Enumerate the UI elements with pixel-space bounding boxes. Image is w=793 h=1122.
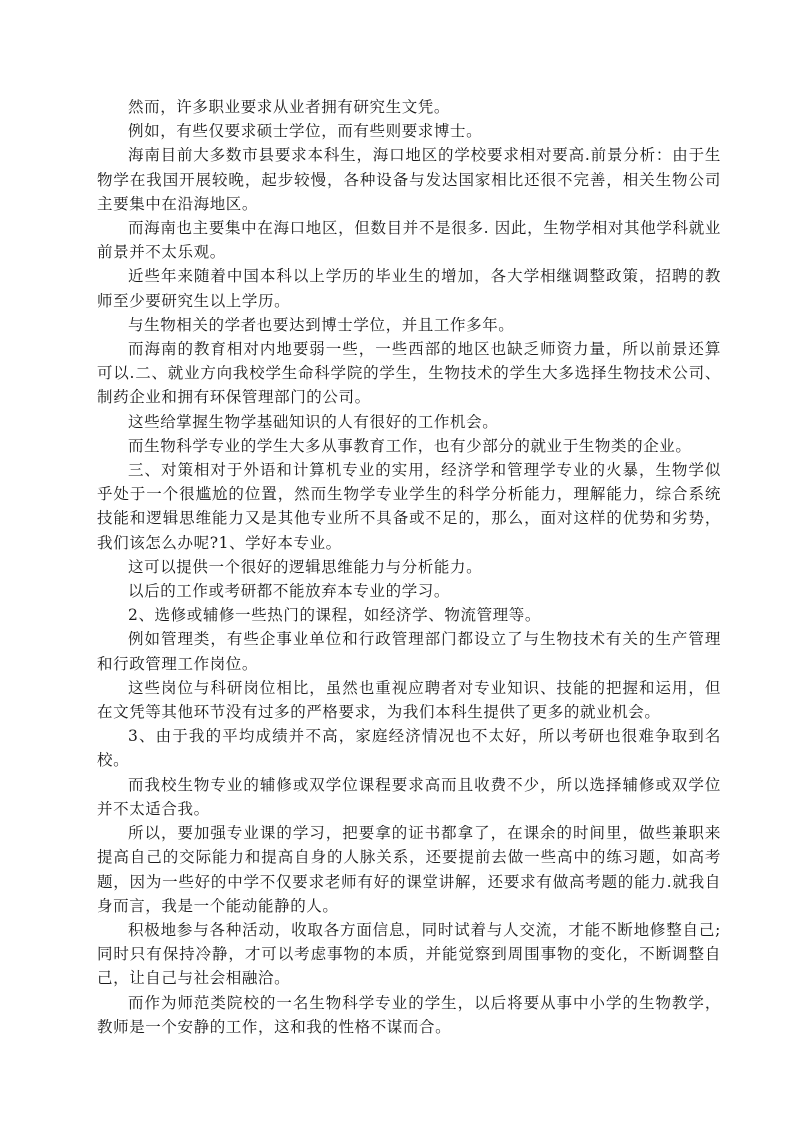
document-page: 然而，许多职业要求从业者拥有研究生文凭。 例如，有些仅要求硕士学位，而有些则要求… [97,95,721,1039]
paragraph: 而海南也主要集中在海口地区，但数目并不是很多. 因此，生物学相对其他学科就业前景… [97,216,721,264]
paragraph: 这些给掌握生物学基础知识的人有很好的工作机会。 [97,410,721,434]
paragraph: 与生物相关的学者也要达到博士学位，并且工作多年。 [97,313,721,337]
paragraph: 积极地参与各种活动，收取各方面信息，同时试着与人交流，才能不断地修整自己;同时只… [97,918,721,991]
paragraph: 而生物科学专业的学生大多从事教育工作，也有少部分的就业于生物类的企业。 [97,434,721,458]
paragraph: 而作为师范类院校的一名生物科学专业的学生，以后将要从事中小学的生物教学，教师是一… [97,991,721,1039]
paragraph: 近些年来随着中国本科以上学历的毕业生的增加，各大学相继调整政策，招聘的教师至少要… [97,264,721,312]
paragraph: 这些岗位与科研岗位相比，虽然也重视应聘者对专业知识、技能的把握和运用，但在文凭等… [97,676,721,724]
paragraph: 所以，要加强专业课的学习，把要拿的证书都拿了，在课余的时间里，做些兼职来提高自己… [97,821,721,918]
paragraph: 三、对策相对于外语和计算机专业的实用，经济学和管理学专业的火暴，生物学似乎处于一… [97,458,721,555]
paragraph: 2、选修或辅修一些热门的课程，如经济学、物流管理等。 [97,603,721,627]
paragraph: 然而，许多职业要求从业者拥有研究生文凭。 [97,95,721,119]
paragraph: 3、由于我的平均成绩并不高，家庭经济情况也不太好，所以考研也很难争取到名校。 [97,724,721,772]
paragraph: 而海南的教育相对内地要弱一些，一些西部的地区也缺乏师资力量，所以前景还算可以.二… [97,337,721,410]
paragraph: 海南目前大多数市县要求本科生，海口地区的学校要求相对要高.前景分析：由于生物学在… [97,143,721,216]
paragraph: 以后的工作或考研都不能放弃本专业的学习。 [97,579,721,603]
paragraph: 而我校生物专业的辅修或双学位课程要求高而且收费不少，所以选择辅修或双学位并不太适… [97,773,721,821]
paragraph: 例如，有些仅要求硕士学位，而有些则要求博士。 [97,119,721,143]
paragraph: 这可以提供一个很好的逻辑思维能力与分析能力。 [97,555,721,579]
paragraph: 例如管理类，有些企事业单位和行政管理部门都设立了与生物技术有关的生产管理和行政管… [97,627,721,675]
